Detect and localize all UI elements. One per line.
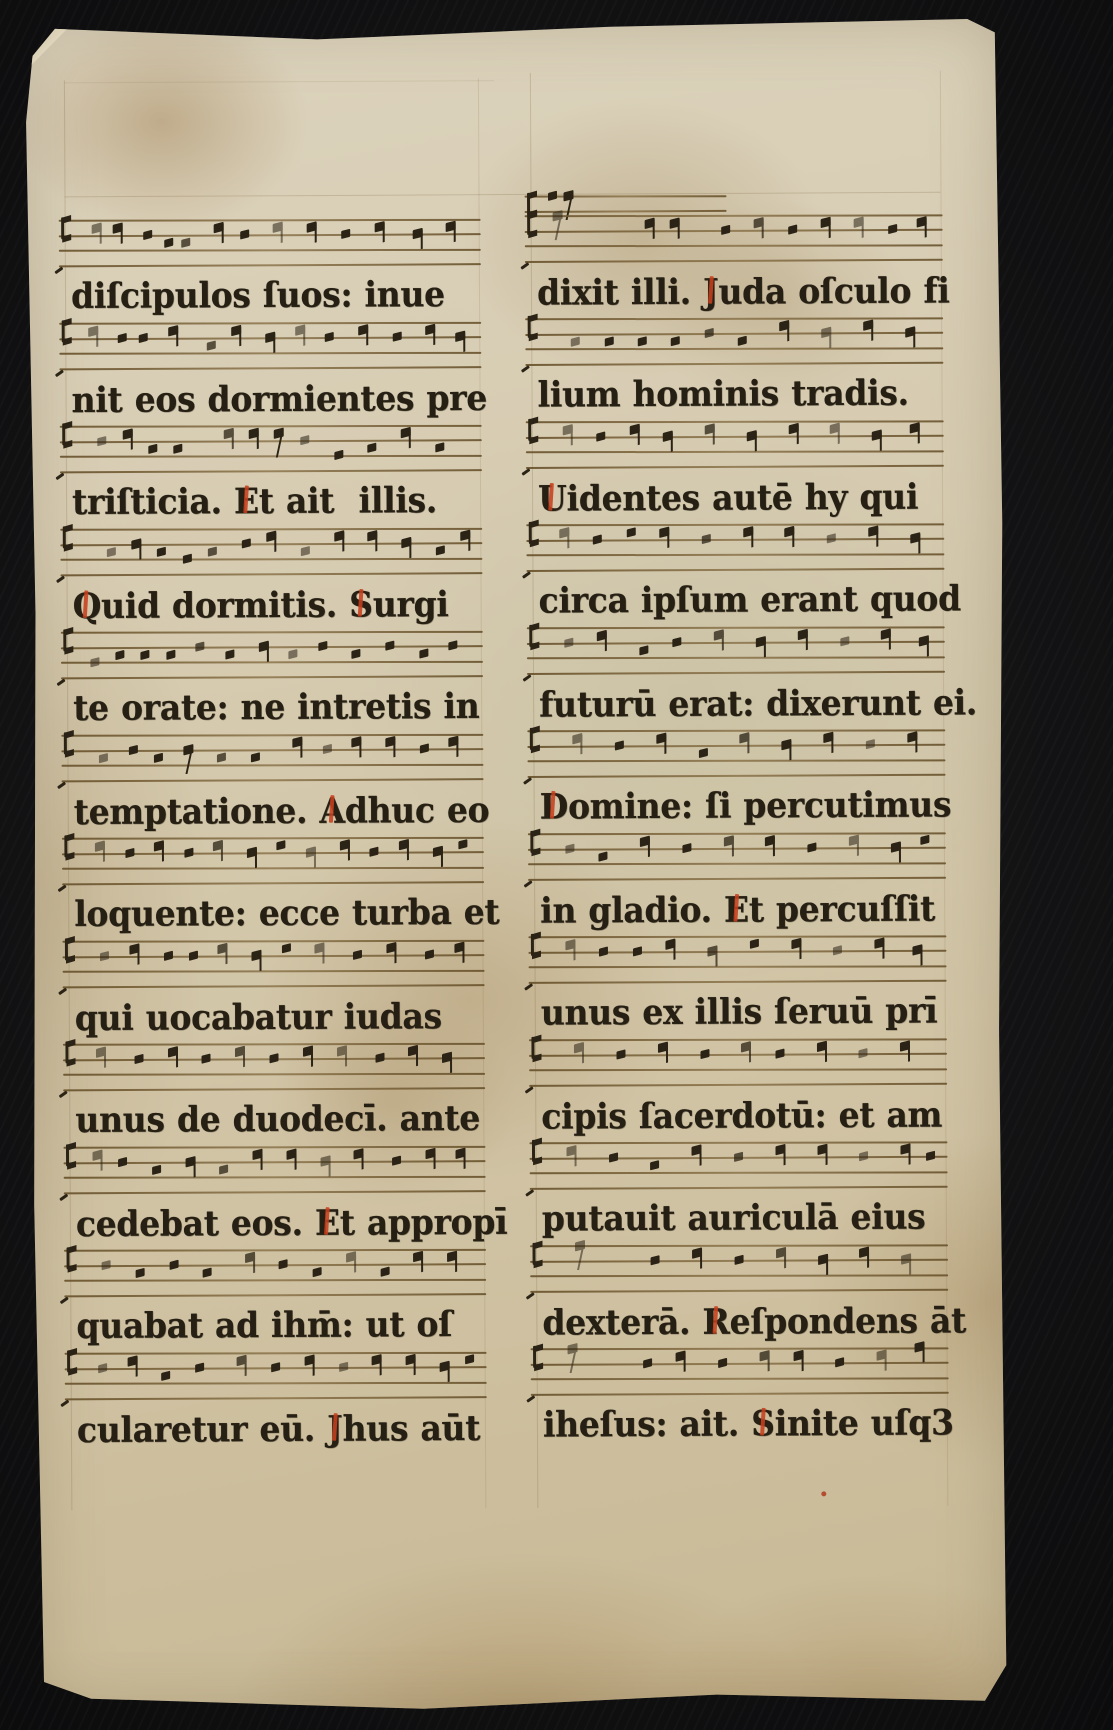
music-system: unus ex illis ſeruū prī: [540, 935, 945, 1040]
virga-neume-icon: [676, 1350, 686, 1362]
rubricated-initial: J: [703, 270, 719, 311]
chant-text-line: qui uocabatur iudas: [75, 987, 489, 1046]
virga-neume-icon: [218, 942, 228, 954]
virga-neume-icon: [408, 1044, 418, 1056]
staff-line: [525, 317, 943, 320]
rubricated-initial: S: [751, 1402, 775, 1443]
staff-line: [59, 219, 481, 222]
staff-line: [61, 764, 483, 767]
virga-neume-icon: [714, 629, 724, 641]
virga-neume-icon: [306, 846, 316, 858]
music-system: in gladio. Et percuſſit: [540, 832, 945, 937]
punctum-neume-icon: [241, 538, 250, 548]
punctum-neume-icon: [269, 1053, 278, 1063]
virga-neume-icon: [754, 216, 764, 228]
virga-neume-icon: [455, 331, 465, 343]
music-system: cipis ſacerdotū: et am: [541, 1038, 946, 1143]
custos-tick-icon: [520, 262, 529, 270]
staff-line: [526, 450, 944, 453]
virga-neume-icon: [258, 641, 268, 653]
chant-text-line: te orate: ne intretis in: [73, 677, 487, 736]
punctum-neume-icon: [616, 1049, 625, 1059]
virga-neume-icon: [213, 839, 223, 851]
music-system: nit eos dormientes pre: [71, 321, 480, 426]
staff-line: [529, 1053, 947, 1057]
punctum-neume-icon: [282, 943, 291, 953]
virga-neume-icon: [817, 1040, 827, 1052]
custos-tick-icon: [60, 1297, 69, 1305]
virga-neume-icon: [315, 942, 325, 954]
punctum-neume-icon: [98, 1363, 107, 1373]
virga-neume-icon: [559, 526, 569, 538]
punctum-neume-icon: [163, 951, 172, 961]
clef-icon: [62, 320, 65, 342]
chant-text-line: Uidentes autē hy qui: [538, 467, 948, 526]
staff-line: [526, 553, 944, 556]
rubricated-initial: E: [315, 1201, 340, 1242]
text-segment: dexterā.: [542, 1300, 702, 1342]
staff-line: [529, 1141, 947, 1144]
virga-neume-icon: [88, 325, 98, 337]
virga-neume-icon: [821, 327, 831, 339]
virga-neume-icon: [447, 1250, 457, 1262]
virga-neume-icon: [307, 221, 317, 233]
text-segment: iheſus: ait.: [543, 1402, 751, 1444]
punctum-neume-icon: [840, 636, 849, 646]
virga-neume-icon: [901, 1143, 911, 1155]
custos-tick-icon: [57, 782, 66, 790]
staff-line: [59, 322, 481, 325]
virga-neume-icon: [304, 1354, 314, 1366]
text-segment: uid dormitis.: [101, 583, 349, 626]
punctum-neume-icon: [279, 1259, 288, 1269]
virga-neume-icon: [454, 941, 464, 953]
ruling-line-horizontal: [64, 80, 494, 83]
staff-line: [64, 1279, 486, 1282]
text-segment: dixit illi.: [537, 270, 703, 312]
music-system: quabat ad ihm̄: ut oſ: [76, 1248, 485, 1353]
text-segment: te orate: ne intretis in: [73, 685, 479, 728]
virga-neume-icon: [414, 1250, 424, 1262]
music-staff: [59, 321, 481, 369]
punctum-neume-icon: [735, 1255, 744, 1265]
punctum-neume-icon: [835, 1357, 844, 1367]
chant-text-line: cedebat eos. Et appropī: [76, 1193, 490, 1252]
punctum-neume-icon: [195, 1363, 204, 1373]
punctum-neume-icon: [189, 951, 198, 961]
plica-neume-icon: [575, 1240, 585, 1252]
virga-neume-icon: [449, 735, 459, 747]
music-system: iheſus: ait. Sinite uſq3: [543, 1347, 948, 1452]
clef-icon: [62, 423, 65, 445]
punctum-neume-icon: [705, 328, 714, 338]
clef-icon: [533, 1346, 536, 1368]
punctum-neume-icon: [134, 1054, 143, 1064]
plica-neume-icon: [183, 744, 193, 756]
punctum-neume-icon: [385, 641, 394, 651]
punctum-neume-icon: [143, 230, 152, 240]
staff-line: [65, 1382, 487, 1385]
staff-line: [525, 229, 943, 233]
virga-neume-icon: [900, 1040, 910, 1052]
virga-neume-icon: [320, 1155, 330, 1167]
chant-text-line: iheſus: ait. Sinite uſq3: [543, 1393, 953, 1452]
text-segment: t ait illis.: [259, 479, 437, 521]
staff-line: [62, 867, 484, 870]
punctum-neume-icon: [139, 333, 148, 343]
virga-neume-icon: [224, 427, 234, 439]
text-segment: putauit auriculā eius: [542, 1195, 926, 1238]
virga-neume-icon: [817, 1143, 827, 1155]
punctum-neume-icon: [859, 1151, 868, 1161]
custos-tick-icon: [526, 1292, 535, 1300]
virga-neume-icon: [788, 422, 798, 434]
virga-neume-icon: [426, 1147, 436, 1159]
text-segment: lium hominis tradis.: [537, 371, 908, 414]
punctum-neume-icon: [808, 842, 817, 852]
staff-line: [60, 455, 482, 458]
punctum-neume-icon: [182, 554, 191, 564]
virga-neume-icon: [399, 838, 409, 850]
staff-line: [530, 1171, 948, 1174]
custos-tick-icon: [60, 1400, 69, 1408]
music-staff: [528, 935, 946, 983]
virga-neume-icon: [910, 532, 920, 544]
music-system: te orate: ne intretis in: [73, 630, 482, 735]
virga-neume-icon: [249, 427, 259, 439]
clef-icon: [63, 526, 66, 548]
punctum-neume-icon: [217, 752, 226, 762]
punctum-neume-icon: [100, 951, 109, 961]
punctum-neume-icon: [639, 645, 648, 655]
staff-line: [527, 729, 945, 732]
punctum-neume-icon: [219, 1164, 228, 1174]
virga-neume-icon: [372, 1353, 382, 1365]
clef-icon: [67, 1247, 70, 1269]
clef-icon: [528, 316, 531, 338]
virga-neume-icon: [756, 636, 766, 648]
virga-neume-icon: [854, 216, 864, 228]
virga-neume-icon: [455, 1147, 465, 1159]
punctum-neume-icon: [750, 938, 759, 948]
custos-tick-icon: [522, 571, 531, 579]
punctum-neume-icon: [638, 336, 647, 346]
clef-icon: [66, 1041, 69, 1063]
punctum-neume-icon: [118, 333, 127, 343]
music-staff: [527, 626, 945, 674]
virga-neume-icon: [266, 530, 276, 542]
music-system: triſticia. Et ait illis.: [72, 424, 481, 529]
chant-text-line: dexterā. Reſpondens āt: [542, 1291, 952, 1350]
text-segment: diſcipulos ſuos: inue: [71, 273, 445, 316]
punctum-neume-icon: [129, 745, 138, 755]
virga-neume-icon: [273, 221, 283, 233]
punctum-neume-icon: [313, 1266, 322, 1276]
clef-icon: [530, 728, 533, 750]
virga-neume-icon: [746, 430, 756, 442]
staff-line: [531, 1377, 949, 1380]
music-system: putauit auriculā eius: [541, 1141, 946, 1246]
staff-line: [62, 837, 484, 840]
custos-tick-icon: [54, 267, 63, 275]
music-staff: [61, 630, 483, 678]
music-system: dexterā. Reſpondens āt: [542, 1244, 947, 1349]
virga-neume-icon: [168, 1046, 178, 1058]
punctum-neume-icon: [339, 1362, 348, 1372]
staff-line: [527, 656, 945, 659]
virga-neume-icon: [293, 736, 303, 748]
virga-neume-icon: [793, 1349, 803, 1361]
virga-neume-icon: [782, 739, 792, 751]
virga-neume-icon: [659, 526, 669, 538]
punctum-neume-icon: [419, 648, 428, 658]
music-staff: [60, 527, 482, 575]
punctum-neume-icon: [90, 657, 99, 667]
staff-line: [525, 214, 943, 217]
punctum-neume-icon: [392, 331, 401, 341]
punctum-neume-icon: [173, 443, 182, 453]
text-segment: urgi: [373, 583, 449, 625]
punctum-neume-icon: [926, 1151, 935, 1161]
staff-line: [60, 439, 482, 443]
virga-neume-icon: [741, 1041, 751, 1053]
music-staff: [527, 729, 945, 777]
staff-line: [529, 1038, 947, 1041]
music-system: Quid dormitis. Surgi: [72, 527, 481, 632]
staff-line: [61, 645, 483, 649]
virga-neume-icon: [185, 1156, 195, 1168]
music-staff: [62, 939, 484, 987]
punctum-neume-icon: [184, 848, 193, 858]
virga-neume-icon: [96, 1046, 106, 1058]
clef-icon: [532, 1037, 535, 1059]
text-segment: quabat ad ihm̄: ut oſ: [76, 1303, 452, 1346]
music-system: diſcipulos ſuos: inue: [71, 218, 480, 323]
text-segment: nit eos dormientes pre: [71, 377, 487, 421]
virga-neume-icon: [412, 228, 422, 240]
virga-neume-icon: [891, 841, 901, 853]
staff-line: [61, 631, 483, 634]
virga-neume-icon: [265, 332, 275, 344]
text-segment: dhuc eo: [345, 789, 490, 831]
staff-line: [63, 1146, 485, 1149]
music-staff: [525, 195, 727, 212]
custos-tick-icon: [525, 1086, 534, 1094]
clef-icon: [528, 419, 531, 441]
custos-tick-icon: [521, 468, 530, 476]
music-system: unus de duodecī. ante: [75, 1042, 484, 1147]
text-segment: identes autē hy qui: [566, 475, 918, 518]
punctum-neume-icon: [643, 1358, 652, 1368]
virga-neume-icon: [877, 1349, 887, 1361]
punctum-neume-icon: [203, 1267, 212, 1277]
manuscript-leaf: diſcipulos ſuos: inuenit eos dormientes …: [24, 15, 1011, 1712]
custos-tick-icon: [523, 777, 532, 785]
punctum-neume-icon: [166, 649, 175, 659]
chant-text-line: cularetur eū. Jhus aūt: [77, 1399, 491, 1458]
punctum-neume-icon: [353, 950, 362, 960]
virga-neume-icon: [168, 325, 178, 337]
staff-fragment: [537, 194, 941, 216]
virga-neume-icon: [830, 422, 840, 434]
virga-neume-icon: [401, 426, 411, 438]
staff-line: [63, 970, 485, 973]
punctum-neume-icon: [593, 534, 602, 544]
chant-text-line: triſticia. Et ait illis.: [72, 471, 486, 530]
punctum-neume-icon: [154, 752, 163, 762]
music-staff: [63, 1145, 485, 1193]
virga-neume-icon: [872, 429, 882, 441]
plica-neume-icon: [564, 190, 574, 202]
punctum-neume-icon: [888, 224, 897, 234]
punctum-neume-icon: [141, 649, 150, 659]
music-staff: [525, 214, 943, 262]
folded-corner: [28, 26, 70, 68]
music-staff: [65, 1351, 487, 1399]
custos-tick-icon: [59, 1194, 68, 1202]
rubricated-initial: E: [724, 888, 749, 929]
virga-neume-icon: [426, 323, 436, 335]
punctum-neume-icon: [375, 1053, 384, 1063]
custos-tick-icon: [521, 365, 530, 373]
music-system: cularetur eū. Jhus aūt: [77, 1351, 486, 1456]
chant-text-line: dixit illi. Juda oſculo fi: [537, 261, 947, 320]
music-staff: [63, 1042, 485, 1090]
virga-neume-icon: [692, 1247, 702, 1259]
chant-text-line: unus ex illis ſeruū prī: [541, 981, 951, 1040]
text-segment: unus ex illis ſeruū prī: [541, 989, 938, 1032]
chant-text-line: putauit auriculā eius: [542, 1187, 952, 1246]
chant-text-line: loquente: ecce turba et: [74, 883, 488, 942]
punctum-neume-icon: [152, 1164, 161, 1174]
virga-neume-icon: [907, 731, 917, 743]
virga-neume-icon: [645, 217, 655, 229]
text-segment: qui uocabatur iudas: [75, 995, 442, 1038]
clef-icon: [63, 629, 66, 651]
clef-icon: [533, 1243, 536, 1265]
music-system: futurū erat: dixerunt ei.: [539, 626, 944, 731]
punctum-neume-icon: [97, 436, 106, 446]
virga-neume-icon: [231, 324, 241, 336]
virga-neume-icon: [303, 1045, 313, 1057]
virga-neume-icon: [385, 735, 395, 747]
clef-icon: [530, 831, 533, 853]
virga-neume-icon: [154, 840, 164, 852]
music-staff: [60, 424, 482, 472]
punctum-neume-icon: [148, 443, 157, 453]
virga-neume-icon: [912, 944, 922, 956]
virga-neume-icon: [406, 1353, 416, 1365]
virga-neume-icon: [442, 1052, 452, 1064]
staff-line: [64, 1176, 486, 1179]
chant-text-line: temptatione. Adhuc eo: [74, 781, 488, 840]
punctum-neume-icon: [368, 442, 377, 452]
staff-line: [528, 862, 946, 865]
virga-neume-icon: [859, 1246, 869, 1258]
virga-neume-icon: [235, 1045, 245, 1057]
virga-neume-icon: [905, 326, 915, 338]
virga-neume-icon: [868, 525, 878, 537]
staff-line: [526, 420, 944, 423]
punctum-neume-icon: [651, 1255, 660, 1265]
punctum-neume-icon: [775, 1048, 784, 1058]
rubricated-initial: Q: [73, 585, 102, 626]
punctum-neume-icon: [718, 1358, 727, 1368]
punctum-neume-icon: [115, 649, 124, 659]
punctum-neume-icon: [458, 839, 467, 849]
virga-neume-icon: [129, 943, 139, 955]
chant-text-line: cipis ſacerdotū: et am: [541, 1085, 951, 1144]
virga-neume-icon: [823, 731, 833, 743]
music-staff: [61, 733, 483, 781]
virga-neume-icon: [286, 1148, 296, 1160]
punctum-neume-icon: [702, 534, 711, 544]
punctum-neume-icon: [564, 638, 573, 648]
virga-neume-icon: [658, 1041, 668, 1053]
chant-text-line: nit eos dormientes pre: [71, 369, 485, 428]
text-segment: t appropī: [340, 1200, 508, 1242]
music-staff: [525, 317, 943, 365]
chant-text-line: unus de duodecī. ante: [75, 1089, 489, 1148]
chant-text-line: diſcipulos ſuos: inue: [71, 265, 485, 324]
punctum-neume-icon: [196, 642, 205, 652]
text-segment: uda oſculo fi: [718, 269, 949, 312]
virga-neume-icon: [113, 222, 123, 234]
virga-neume-icon: [432, 846, 442, 858]
punctum-neume-icon: [633, 946, 642, 956]
punctum-neume-icon: [671, 336, 680, 346]
punctum-neume-icon: [300, 435, 309, 445]
music-system: circa ipſum erant quod: [538, 523, 943, 628]
music-system: qui uocabatur iudas: [74, 939, 483, 1044]
rubricated-initial: A: [319, 789, 345, 830]
text-segment: cedebat eos.: [76, 1201, 315, 1244]
staff-line: [59, 352, 481, 355]
virga-neume-icon: [247, 847, 257, 859]
staff-line: [60, 528, 482, 531]
punctum-neume-icon: [920, 834, 929, 844]
virga-neume-icon: [849, 834, 859, 846]
virga-neume-icon: [917, 216, 927, 228]
custos-tick-icon: [524, 880, 533, 888]
staff-line: [527, 626, 945, 629]
music-system: Uidentes autē hy qui: [538, 420, 943, 525]
custos-tick-icon: [522, 674, 531, 682]
custos-tick-icon: [57, 679, 66, 687]
punctum-neume-icon: [788, 224, 797, 234]
virga-neume-icon: [439, 1361, 449, 1373]
rubricated-initial: S: [349, 583, 373, 624]
punctum-neume-icon: [202, 1053, 211, 1063]
punctum-neume-icon: [700, 1049, 709, 1059]
virga-neume-icon: [692, 1144, 702, 1156]
punctum-neume-icon: [698, 747, 707, 757]
staff-line: [529, 965, 947, 968]
punctum-neume-icon: [673, 637, 682, 647]
virga-neume-icon: [352, 736, 362, 748]
punctum-neume-icon: [682, 843, 691, 853]
virga-neume-icon: [901, 1253, 911, 1265]
punctum-neume-icon: [240, 229, 249, 239]
virga-neume-icon: [214, 221, 224, 233]
virga-neume-icon: [92, 1149, 102, 1161]
text-column-right: dixit illi. Juda oſculo filium hominis t…: [537, 194, 948, 1452]
clef-icon: [527, 213, 530, 235]
music-staff: [62, 836, 484, 884]
punctum-neume-icon: [548, 191, 557, 201]
text-segment: temptatione.: [74, 789, 320, 832]
punctum-neume-icon: [341, 229, 350, 239]
